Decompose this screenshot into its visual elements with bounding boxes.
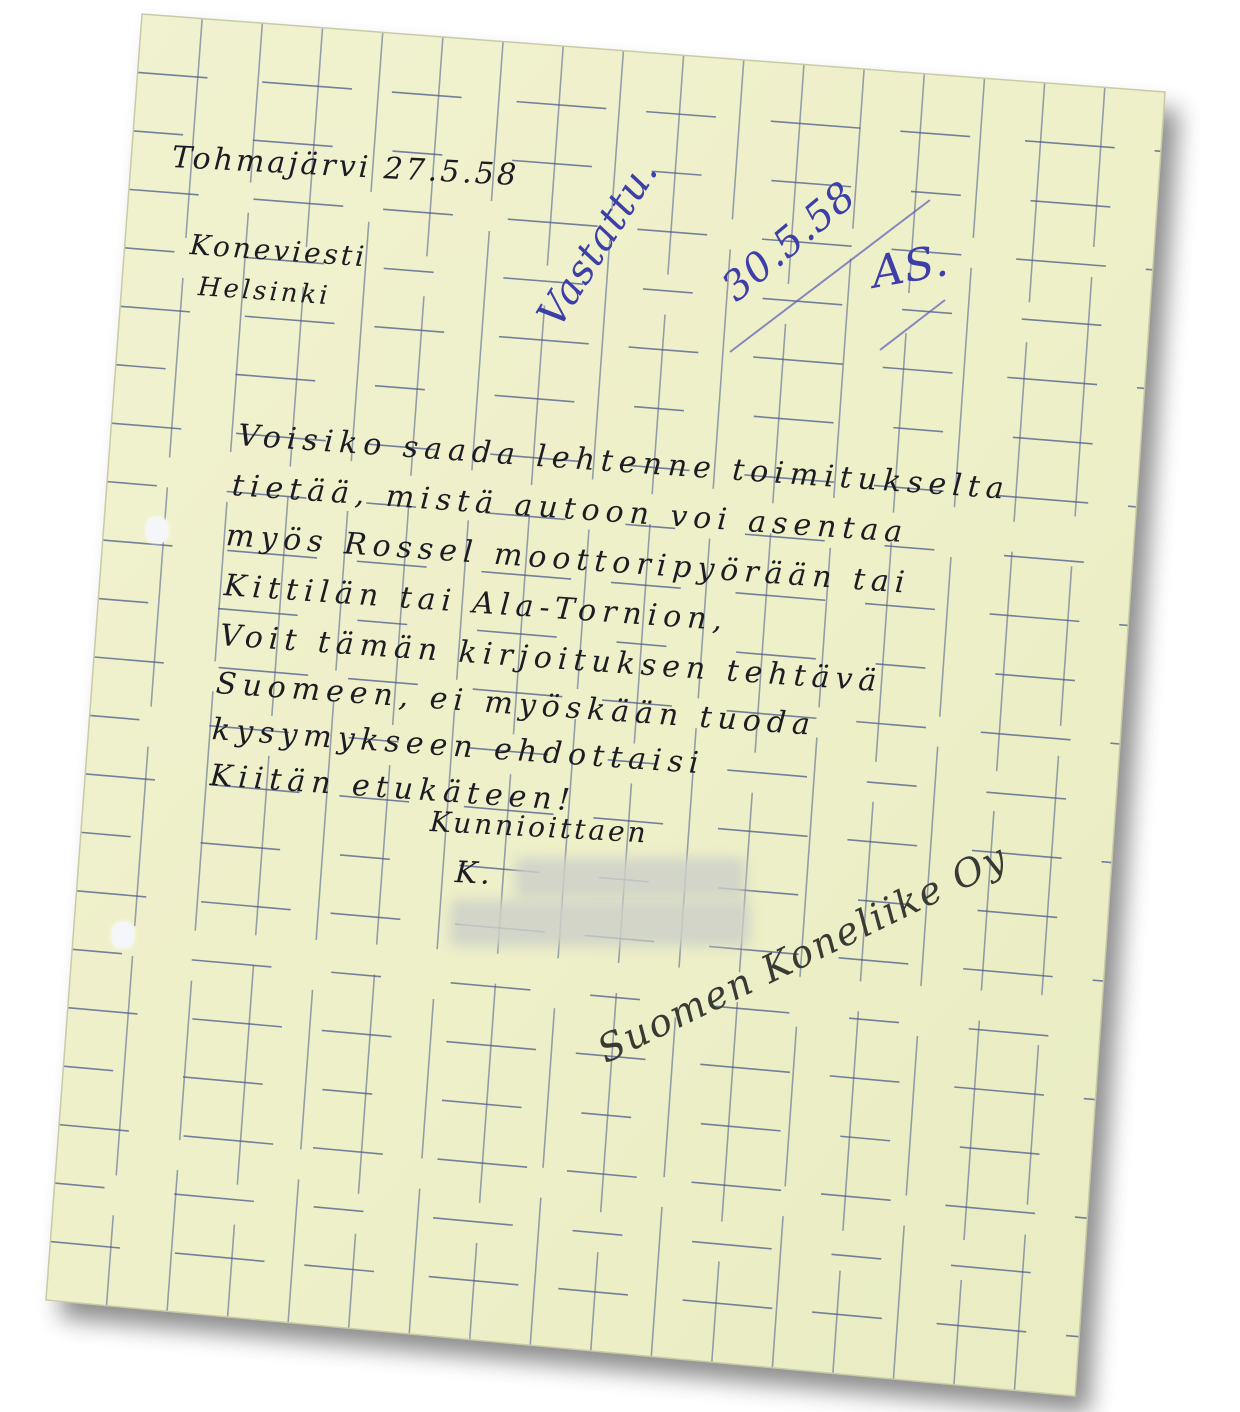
signature-initial: K. — [454, 855, 494, 892]
redacted-address — [450, 900, 750, 946]
redacted-signature — [515, 858, 745, 898]
scanned-letter: Tohmajärvi 27.5.58 Koneviesti Helsinki V… — [0, 0, 1240, 1412]
